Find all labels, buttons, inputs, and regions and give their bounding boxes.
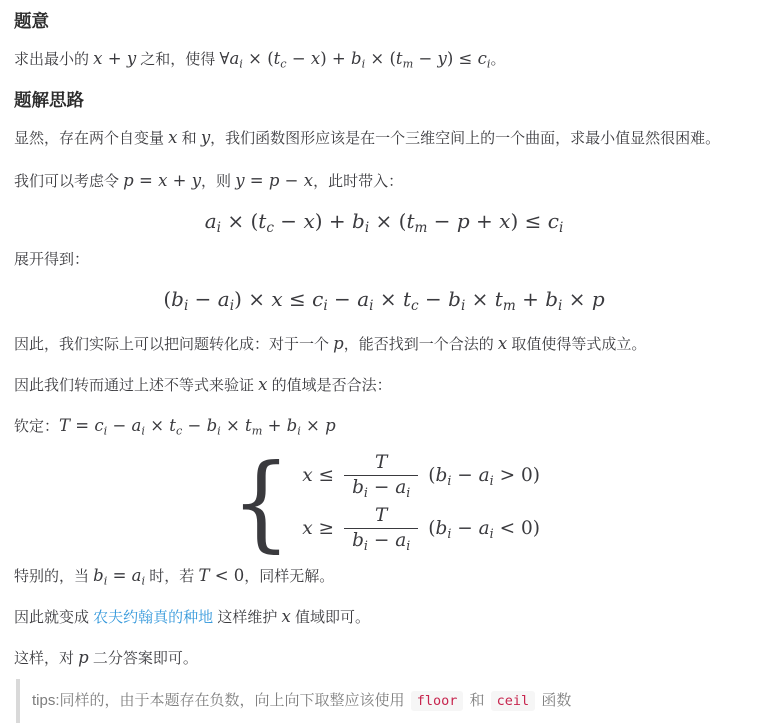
text-run: 二分答案即可。: [89, 650, 198, 667]
text-run: ，我们函数图形应该是在一个三维空间上的一个曲面，求最小值显然很困难。: [210, 130, 720, 147]
case-lhs: x ≥: [302, 518, 334, 539]
heading-solution-idea: 题解思路: [14, 90, 754, 111]
text-run: 这样维护: [213, 609, 281, 626]
inline-math: y: [201, 128, 210, 147]
paragraph-substitution: 我们可以考虑令 p = x + y，则 y = p − x，此时带入：: [14, 169, 754, 194]
text-run: 取值使得等式成立。: [507, 336, 646, 353]
paragraph-special-case: 特别的，当 bi = ai 时，若 T < 0，同样无解。: [14, 564, 754, 589]
inline-math: p: [333, 334, 344, 353]
text-run: 求出最小的: [14, 51, 93, 68]
paragraph-problem-statement: 求出最小的 x + y 之和，使得 ∀ai × (tc − x) + bi × …: [14, 47, 754, 72]
fraction-numerator: T: [367, 452, 395, 475]
case-condition: (bi − ai < 0): [428, 518, 540, 539]
formula-substituted: ai × (tc − x) + bi × (tm − p + x) ≤ ci: [14, 206, 754, 236]
text-run: 展开得到：: [14, 251, 89, 268]
paragraph-transform: 因此，我们实际上可以把问题转化成：对于一个 p，能否找到一个合法的 x 取值使得…: [14, 332, 754, 357]
text-run: 函数: [537, 692, 571, 709]
inline-math: ∀ai × (tc − x) + bi × (tm − y) ≤ ci: [219, 49, 490, 68]
text-run: 显然，存在两个自变量: [14, 130, 168, 147]
problem-link[interactable]: 农夫约翰真的种地: [93, 609, 213, 626]
inline-math: y = p − x: [235, 171, 313, 190]
text-run: 的值域是否合法：: [267, 377, 391, 394]
text-run: 因此就变成: [14, 609, 93, 626]
case-row-negative: x ≥ T bi − ai (bi − ai < 0): [302, 505, 540, 552]
text-run: ，能否找到一个合法的: [344, 336, 498, 353]
text-run: 钦定：: [14, 418, 59, 435]
text-run: 因此我们转而通过上述不等式来验证: [14, 377, 258, 394]
text-run: 和: [177, 130, 200, 147]
paragraph-verify-range: 因此我们转而通过上述不等式来验证 x 的值域是否合法：: [14, 373, 754, 398]
fraction-numerator: T: [367, 505, 395, 528]
text-run: tips:同样的，由于本题存在负数，向上向下取整应该使用: [32, 692, 409, 709]
text-run: 因此，我们实际上可以把问题转化成：对于一个: [14, 336, 333, 353]
inline-code: floor: [411, 691, 464, 711]
paragraph-two-variables: 显然，存在两个自变量 x 和 y，我们函数图形应该是在一个三维空间上的一个曲面，…: [14, 126, 754, 151]
inline-math: x + y: [93, 49, 136, 68]
text-run: 特别的，当: [14, 568, 93, 585]
fraction: T bi − ai: [344, 505, 418, 552]
paragraph-expand: 展开得到：: [14, 248, 754, 272]
text-run: 我们可以考虑令: [14, 173, 123, 190]
inline-math: p = x + y: [123, 171, 201, 190]
cases-formula: { x ≤ T bi − ai (bi − ai > 0) x ≥ T bi −…: [14, 450, 754, 554]
text-run: 这样，对: [14, 650, 78, 667]
paragraph-reference-link: 因此就变成 农夫约翰真的种地 这样维护 x 值域即可。: [14, 605, 754, 630]
tips-blockquote: tips:同样的，由于本题存在负数，向上向下取整应该使用 floor 和 cei…: [16, 679, 754, 723]
inline-math: T = ci − ai × tc − bi × tm + bi × p: [59, 416, 336, 435]
case-lhs: x ≤: [302, 465, 334, 486]
heading-problem-statement: 题意: [14, 11, 754, 32]
case-condition: (bi − ai > 0): [428, 465, 540, 486]
inline-math: x: [498, 334, 507, 353]
text-run: ，同样无解。: [244, 568, 334, 585]
text-run: ，则: [201, 173, 235, 190]
text-run: 之和，使得: [136, 51, 219, 68]
cases-rows: x ≤ T bi − ai (bi − ai > 0) x ≥ T bi − a…: [302, 449, 540, 555]
fraction-denominator: bi − ai: [344, 528, 418, 552]
fraction-denominator: bi − ai: [344, 475, 418, 499]
paragraph-define-T: 钦定：T = ci − ai × tc − bi × tm + bi × p: [14, 413, 754, 440]
text-run: 时，若: [145, 568, 198, 585]
inline-math: x: [282, 607, 291, 626]
inline-math: T < 0: [198, 566, 244, 585]
solution-article: 题意 求出最小的 x + y 之和，使得 ∀ai × (tc − x) + bi…: [0, 0, 768, 724]
text-run: 值域即可。: [291, 609, 370, 626]
formula-expanded: (bi − ai) × x ≤ ci − ai × tc − bi × tm +…: [14, 284, 754, 314]
inline-math: bi = ai: [93, 566, 145, 585]
inline-code: ceil: [491, 691, 536, 711]
text-run: 。: [490, 51, 505, 68]
case-row-positive: x ≤ T bi − ai (bi − ai > 0): [302, 452, 540, 499]
text-run: 和: [465, 692, 488, 709]
fraction: T bi − ai: [344, 452, 418, 499]
text-run: ，此时带入：: [313, 173, 403, 190]
inline-math: p: [78, 648, 89, 667]
paragraph-binary-search: 这样，对 p 二分答案即可。: [14, 646, 754, 671]
